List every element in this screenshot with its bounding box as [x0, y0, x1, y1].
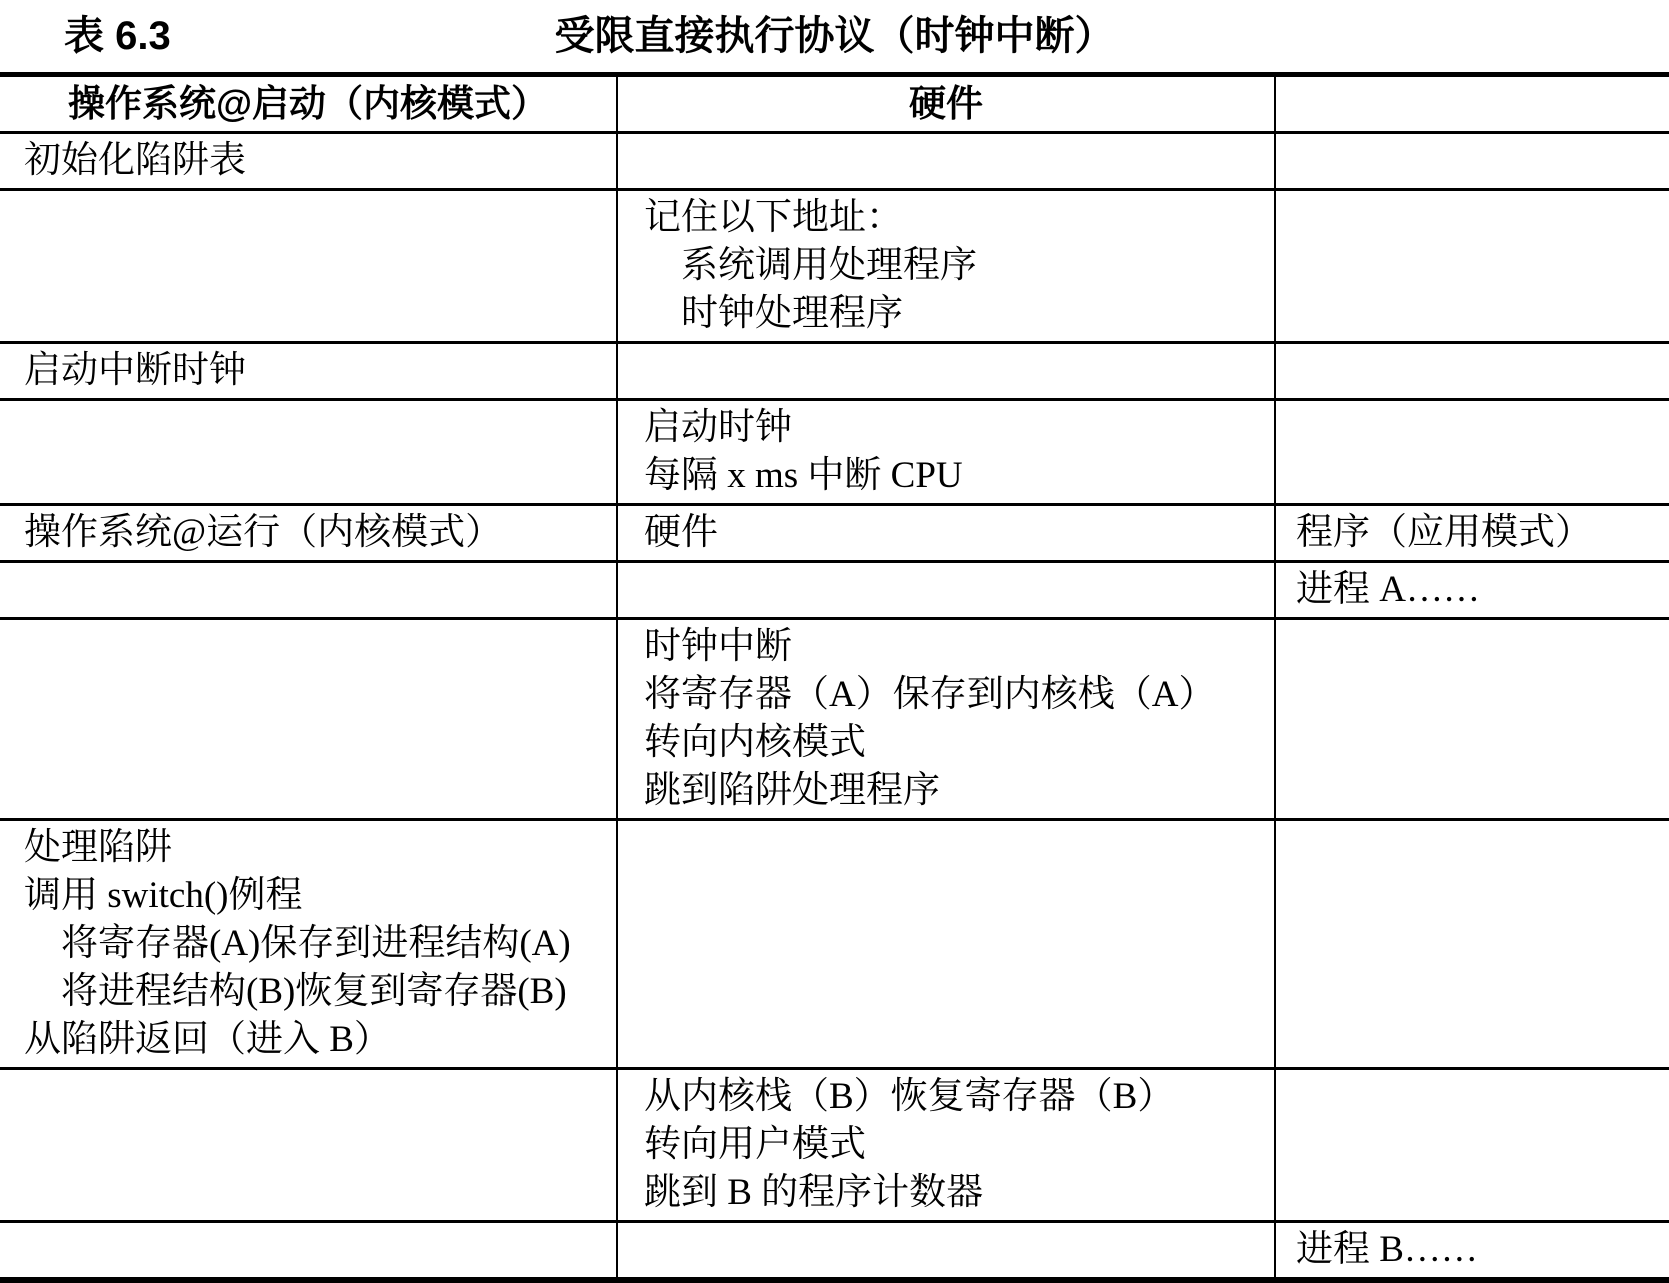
- table-row: 记住以下地址： 系统调用处理程序 时钟处理程序: [0, 190, 1669, 343]
- table-subheader-row: 操作系统@运行（内核模式） 硬件 程序（应用模式）: [0, 505, 1669, 562]
- cell-timer-interrupt: 时钟中断 将寄存器（A）保存到内核栈（A） 转向内核模式 跳到陷阱处理程序: [617, 619, 1275, 820]
- header-os-boot: 操作系统@启动（内核模式）: [0, 75, 617, 133]
- cell-hardware: 启动时钟 每隔 x ms 中断 CPU: [617, 400, 1275, 505]
- table-row: 从内核栈（B）恢复寄存器（B） 转向用户模式 跳到 B 的程序计数器: [0, 1069, 1669, 1222]
- table-row: 启动时钟 每隔 x ms 中断 CPU: [0, 400, 1669, 505]
- cell-os: [0, 1069, 617, 1222]
- cell-hardware: [617, 133, 1275, 190]
- cell-program: [1275, 133, 1669, 190]
- cell-hardware: [617, 1222, 1275, 1281]
- cell-program: [1275, 400, 1669, 505]
- header-empty: [1275, 75, 1669, 133]
- table-row: 初始化陷阱表: [0, 133, 1669, 190]
- cell-process-b: 进程 B……: [1275, 1222, 1669, 1281]
- cell-hardware: 硬件: [617, 505, 1275, 562]
- cell-os: [0, 400, 617, 505]
- cell-program: [1275, 820, 1669, 1069]
- cell-handle-trap: 处理陷阱 调用 switch()例程 将寄存器(A)保存到进程结构(A) 将进程…: [0, 820, 617, 1069]
- cell-hardware: [617, 820, 1275, 1069]
- header-hardware: 硬件: [617, 75, 1275, 133]
- cell-hardware: 记住以下地址： 系统调用处理程序 时钟处理程序: [617, 190, 1275, 343]
- table-row: 启动中断时钟: [0, 343, 1669, 400]
- table-caption: 表 6.3 受限直接执行协议（时钟中断）: [0, 0, 1669, 72]
- cell-program: [1275, 1069, 1669, 1222]
- cell-hardware: [617, 562, 1275, 619]
- table-row: 进程 A……: [0, 562, 1669, 619]
- cell-process-a: 进程 A……: [1275, 562, 1669, 619]
- cell-os-run: 操作系统@运行（内核模式）: [0, 505, 617, 562]
- cell-os: [0, 619, 617, 820]
- table-header-row: 操作系统@启动（内核模式） 硬件: [0, 75, 1669, 133]
- cell-restore-regs: 从内核栈（B）恢复寄存器（B） 转向用户模式 跳到 B 的程序计数器: [617, 1069, 1275, 1222]
- cell-os: [0, 190, 617, 343]
- cell-os: 初始化陷阱表: [0, 133, 617, 190]
- cell-program: [1275, 190, 1669, 343]
- cell-os: [0, 1222, 617, 1281]
- cell-os: 启动中断时钟: [0, 343, 617, 400]
- table-title: 受限直接执行协议（时钟中断）: [0, 12, 1669, 60]
- table-row: 进程 B……: [0, 1222, 1669, 1281]
- cell-program: [1275, 619, 1669, 820]
- cell-program-mode: 程序（应用模式）: [1275, 505, 1669, 562]
- cell-program: [1275, 343, 1669, 400]
- table-row: 时钟中断 将寄存器（A）保存到内核栈（A） 转向内核模式 跳到陷阱处理程序: [0, 619, 1669, 820]
- cell-hardware: [617, 343, 1275, 400]
- table-row: 处理陷阱 调用 switch()例程 将寄存器(A)保存到进程结构(A) 将进程…: [0, 820, 1669, 1069]
- protocol-table: 操作系统@启动（内核模式） 硬件 初始化陷阱表 记住以下地址： 系统调用处理程序…: [0, 72, 1669, 1283]
- cell-os: [0, 562, 617, 619]
